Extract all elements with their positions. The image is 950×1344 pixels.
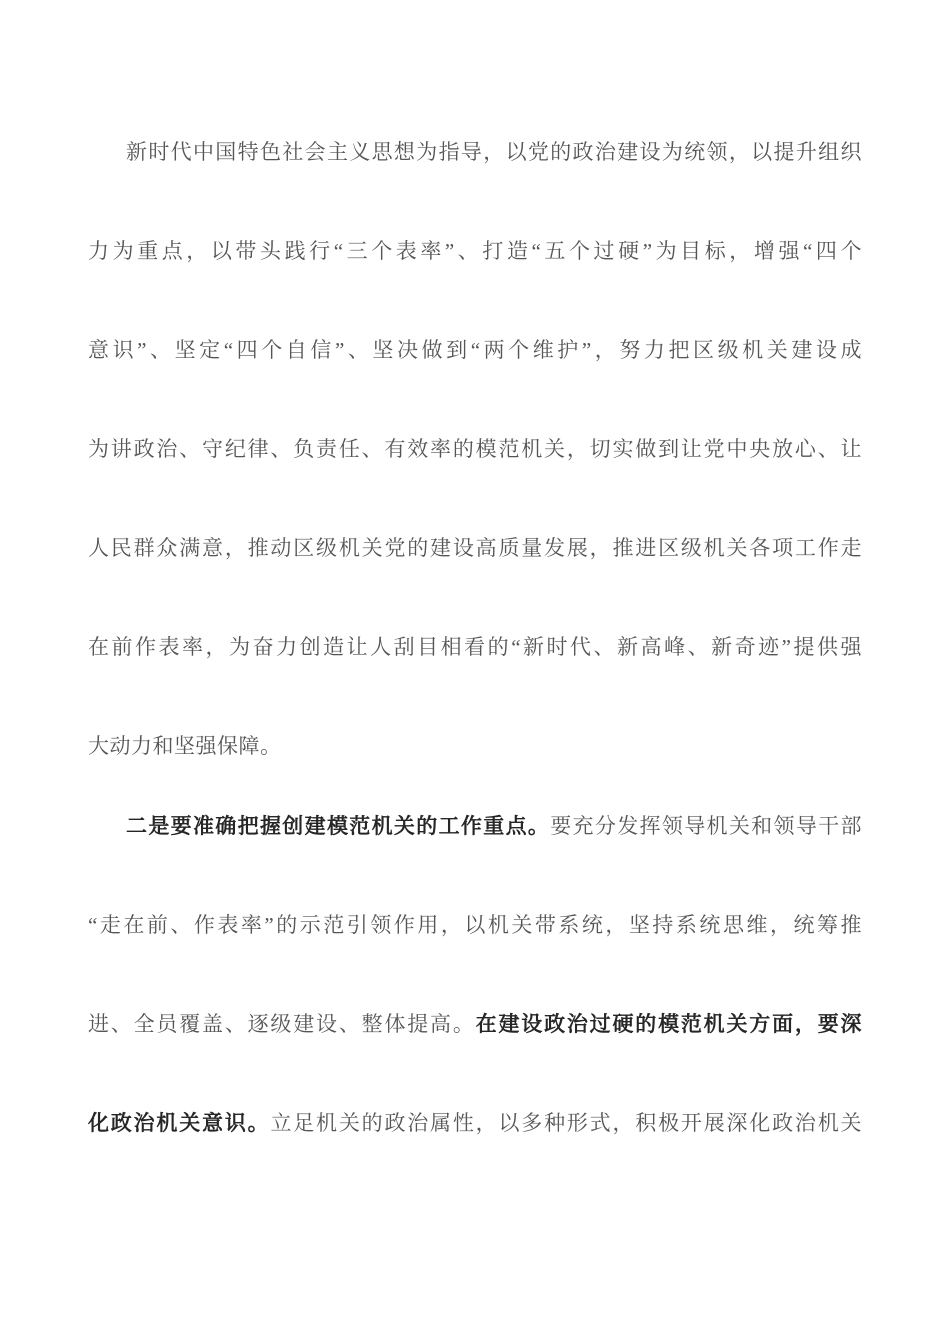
- text-run: 为讲政治、守纪律、负责任、有效率的模范机关，切实做到让党中央放心、让: [88, 437, 862, 461]
- text-line: 二是要准确把握创建模范机关的工作重点。要充分发挥领导机关和领导干部: [88, 777, 862, 876]
- text-run: 人民群众满意，推动区级机关党的建设高质量发展，推进区级机关各项工作走: [88, 536, 862, 560]
- text-run: 进、全员覆盖、逐级建设、整体提高。: [88, 1012, 476, 1036]
- text-run: 大动力和坚强保障。: [88, 734, 282, 758]
- text-line: 意识”、坚定“四个自信”、坚决做到“两个维护”，努力把区级机关建设成: [88, 301, 862, 400]
- document-page: 新时代中国特色社会主义思想为指导，以党的政治建设为统领，以提升组织力为重点，以带…: [0, 0, 950, 1344]
- text-run: 要充分发挥领导机关和领导干部: [550, 814, 862, 838]
- text-line: 在前作表率，为奋力创造让人刮目相看的“新时代、新高峰、新奇迹”提供强: [88, 598, 862, 697]
- text-line: 为讲政治、守纪律、负责任、有效率的模范机关，切实做到让党中央放心、让: [88, 400, 862, 499]
- text-line: 化政治机关意识。立足机关的政治属性，以多种形式，积极开展深化政治机关: [88, 1074, 862, 1173]
- text-run: 在前作表率，为奋力创造让人刮目相看的“新时代、新高峰、新奇迹”提供强: [88, 635, 862, 659]
- bold-text-run: 二是要准确把握创建模范机关的工作重点。: [126, 814, 550, 838]
- text-run: “走在前、作表率”的示范引领作用，以机关带系统，坚持系统思维，统筹推: [88, 913, 862, 937]
- text-line: 新时代中国特色社会主义思想为指导，以党的政治建设为统领，以提升组织: [88, 103, 862, 202]
- text-run: 立足机关的政治属性，以多种形式，积极开展深化政治机关: [270, 1111, 862, 1135]
- bold-text-run: 化政治机关意识。: [88, 1111, 270, 1135]
- text-run: 力为重点，以带头践行“三个表率”、打造“五个过硬”为目标，增强“四个: [88, 239, 862, 263]
- bold-text-run: 在建设政治过硬的模范机关方面，要深: [476, 1012, 862, 1036]
- document-body: 新时代中国特色社会主义思想为指导，以党的政治建设为统领，以提升组织力为重点，以带…: [88, 103, 862, 1173]
- text-line: 力为重点，以带头践行“三个表率”、打造“五个过硬”为目标，增强“四个: [88, 202, 862, 301]
- text-line: 人民群众满意，推动区级机关党的建设高质量发展，推进区级机关各项工作走: [88, 499, 862, 598]
- text-run: 新时代中国特色社会主义思想为指导，以党的政治建设为统领，以提升组织: [126, 140, 862, 164]
- text-run: 意识”、坚定“四个自信”、坚决做到“两个维护”，努力把区级机关建设成: [88, 338, 862, 362]
- text-line: “走在前、作表率”的示范引领作用，以机关带系统，坚持系统思维，统筹推: [88, 876, 862, 975]
- text-line: 进、全员覆盖、逐级建设、整体提高。在建设政治过硬的模范机关方面，要深: [88, 975, 862, 1074]
